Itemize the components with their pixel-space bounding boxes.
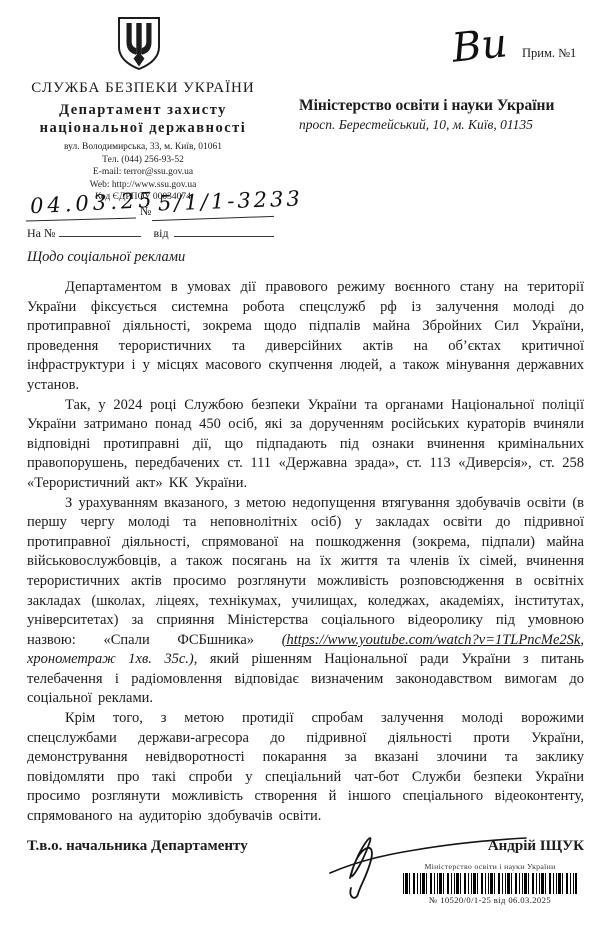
stamp-org-name: Міністерство освіти і науки України [397,862,583,871]
subject-line: Щодо соціальної реклами [27,249,185,266]
paragraph: З урахуванням вказаного, з метою недопущ… [27,494,584,710]
reply-date-label: від [153,226,168,240]
handwritten-mark: Ви [450,23,509,69]
paragraph-text: Крім того, з метою протидії спробам залу… [27,710,584,824]
paragraph-text-emphasis: (https://www.youtube.com/watch?v=1TLPncM… [282,632,581,648]
reply-reference-line: На №від [27,224,274,241]
trident-shield-icon [114,16,164,72]
reply-number-label: На № [27,226,55,240]
paragraph: Крім того, з метою протидії спробам залу… [27,709,584,827]
ukraine-trident-emblem-icon [114,16,164,77]
reply-number-blank [59,224,141,237]
registration-stamp: Міністерство освіти і науки України № 10… [397,862,583,905]
letter-body: Департаментом в умовах дії правового реж… [27,278,584,827]
handwritten-outgoing-number: 5/1/1-3233 [158,186,304,215]
recipient-name: Міністерство освіти і науки України [299,97,594,115]
sender-phone: Тел. (044) 256-93-52 [18,154,268,167]
sender-email: E-mail: terror@ssu.gov.ua [18,166,268,179]
date-underline [26,218,136,222]
recipient-address: просп. Берестейський, 10, м. Київ, 01135 [299,117,594,133]
paragraph: Так, у 2024 році Службою безпеки України… [27,396,584,494]
scanned-letter-page: СЛУЖБА БЕЗПЕКИ УКРАЇНИ Департамент захис… [0,0,609,946]
reply-date-blank [174,224,274,237]
number-underline [152,216,274,221]
paragraph-text: Так, у 2024 році Службою безпеки України… [27,397,584,491]
barcode-icon [403,873,577,894]
copy-number-note: Прим. №1 [522,46,576,61]
paragraph: Департаментом в умовах дії правового реж… [27,278,584,396]
sender-department-line2: національної державності [18,119,268,137]
stamp-registration-number: № 10520/0/1-25 від 06.03.2025 [397,895,583,905]
paragraph-text: З урахуванням вказаного, з метою недопущ… [27,495,584,648]
handwritten-date: 04.03.25 [29,188,156,219]
number-sign-label: № [140,204,151,219]
sender-address: вул. Володимирська, 33, м. Київ, 01061 [18,141,268,154]
paragraph-text: Департаментом в умовах дії правового реж… [27,279,584,393]
signer-position: Т.в.о. начальника Департаменту [27,838,248,855]
recipient-block: Міністерство освіти і науки України прос… [299,97,594,133]
sender-department-line1: Департамент захисту [18,101,268,119]
sender-org-name: СЛУЖБА БЕЗПЕКИ УКРАЇНИ [18,80,268,97]
sender-department: Департамент захисту національної державн… [18,101,268,137]
